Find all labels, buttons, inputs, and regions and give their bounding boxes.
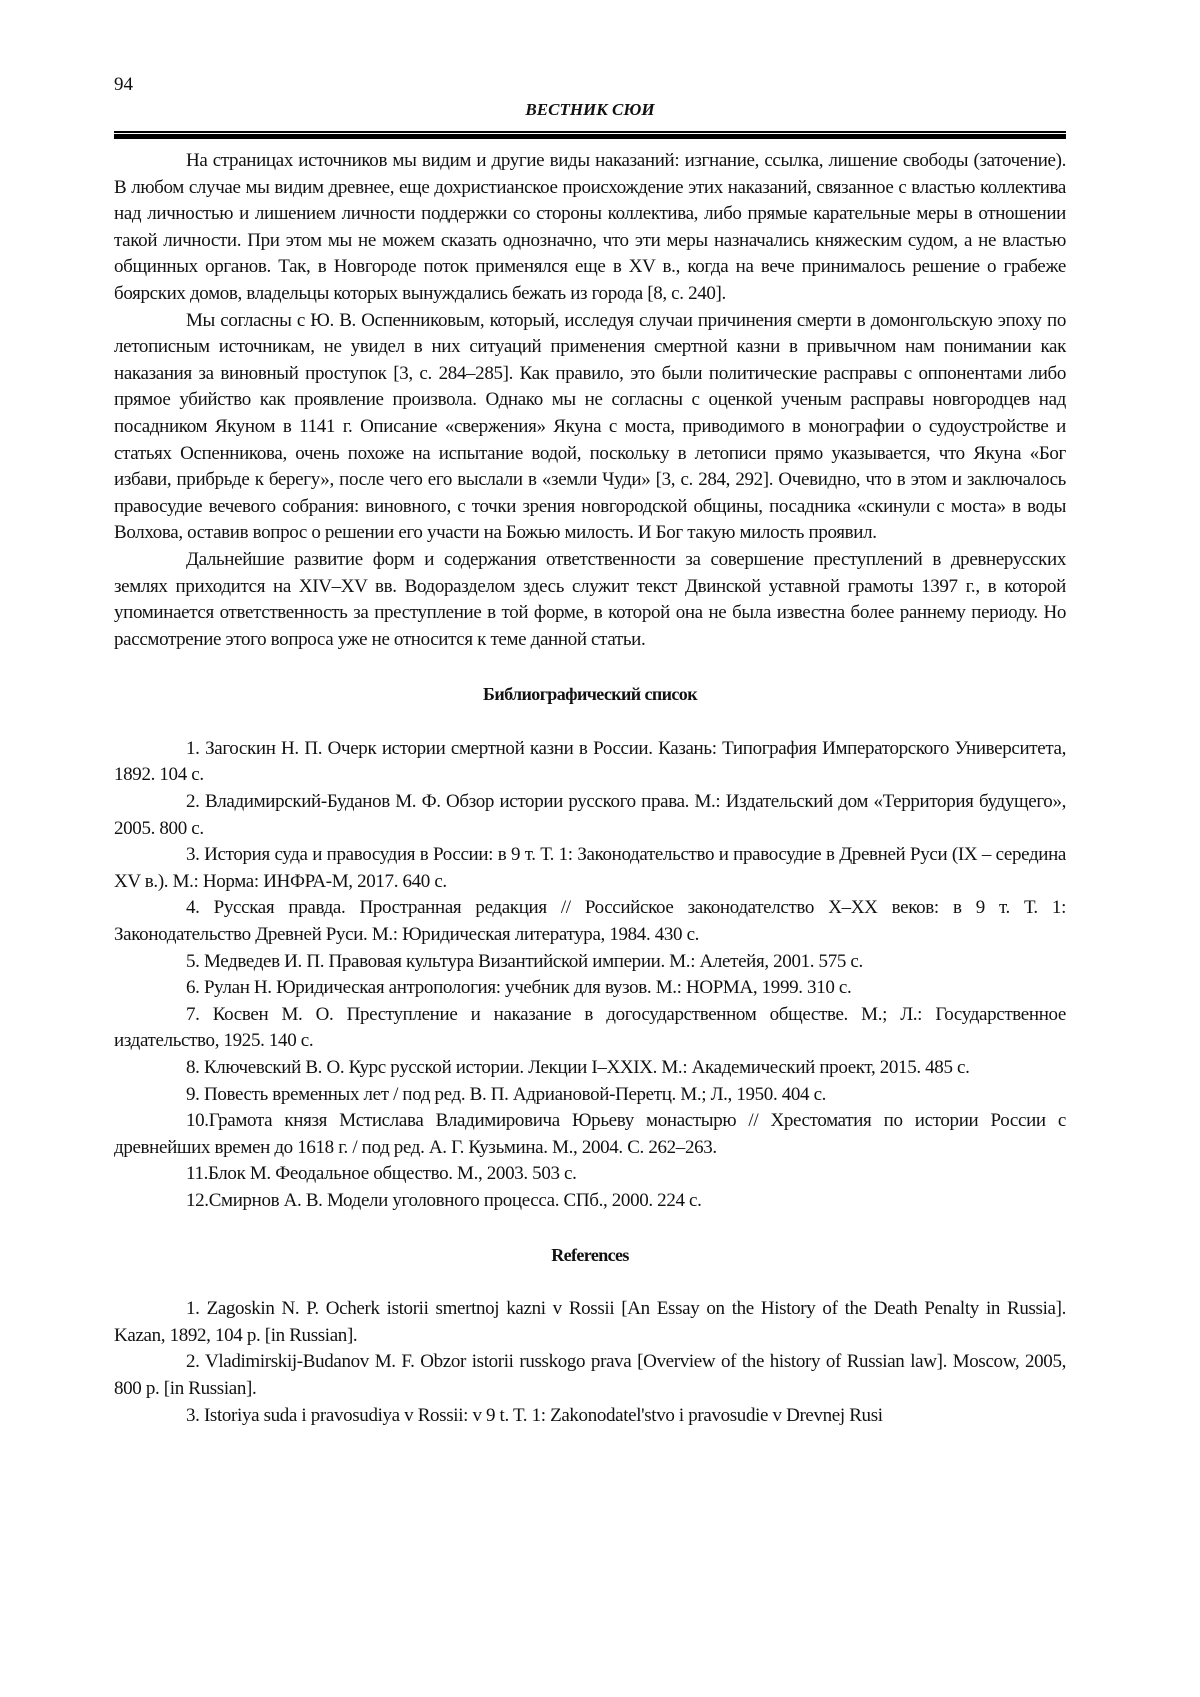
bibliography-item: 10.Грамота князя Мстислава Владимировича… — [114, 1108, 1066, 1161]
bibliography-item: 6. Рулан Н. Юридическая антропология: уч… — [114, 975, 1066, 1002]
article-body: На страницах источников мы видим и други… — [114, 148, 1066, 1429]
header-rule-thin — [114, 131, 1066, 133]
reference-item: 1. Zagoskin N. P. Ocherk istorii smertno… — [114, 1296, 1066, 1349]
bibliography-item: 2. Владимирский-Буданов М. Ф. Обзор исто… — [114, 789, 1066, 842]
paragraph: Дальнейшие развитие форм и содержания от… — [114, 547, 1066, 653]
journal-title: ВЕСТНИК СЮИ — [114, 100, 1066, 120]
bibliography-heading: Библиографический список — [114, 681, 1066, 708]
bibliography-item: 5. Медведев И. П. Правовая культура Виза… — [114, 949, 1066, 976]
references-list: 1. Zagoskin N. P. Ocherk istorii smertno… — [114, 1296, 1066, 1429]
bibliography-item: 9. Повесть временных лет / под ред. В. П… — [114, 1082, 1066, 1109]
bibliography-item: 3. История суда и правосудия в России: в… — [114, 842, 1066, 895]
header-rule-thick — [114, 134, 1066, 139]
paragraph: На страницах источников мы видим и други… — [114, 148, 1066, 308]
references-heading: References — [114, 1242, 1066, 1269]
reference-item: 3. Istoriya suda i pravosudiya v Rossii:… — [114, 1403, 1066, 1430]
bibliography-item: 4. Русская правда. Пространная редакция … — [114, 895, 1066, 948]
bibliography-item: 8. Ключевский В. О. Курс русской истории… — [114, 1055, 1066, 1082]
bibliography-item: 12.Смирнов А. В. Модели уголовного проце… — [114, 1188, 1066, 1215]
page-number: 94 — [114, 74, 133, 96]
paragraph: Мы согласны с Ю. В. Оспенниковым, которы… — [114, 308, 1066, 547]
reference-item: 2. Vladimirskij-Budanov M. F. Obzor isto… — [114, 1349, 1066, 1402]
bibliography-item: 1. Загоскин Н. П. Очерк истории смертной… — [114, 736, 1066, 789]
bibliography-item: 7. Косвен М. О. Преступление и наказание… — [114, 1002, 1066, 1055]
bibliography-item: 11.Блок М. Феодальное общество. М., 2003… — [114, 1161, 1066, 1188]
bibliography-list: 1. Загоскин Н. П. Очерк истории смертной… — [114, 736, 1066, 1215]
